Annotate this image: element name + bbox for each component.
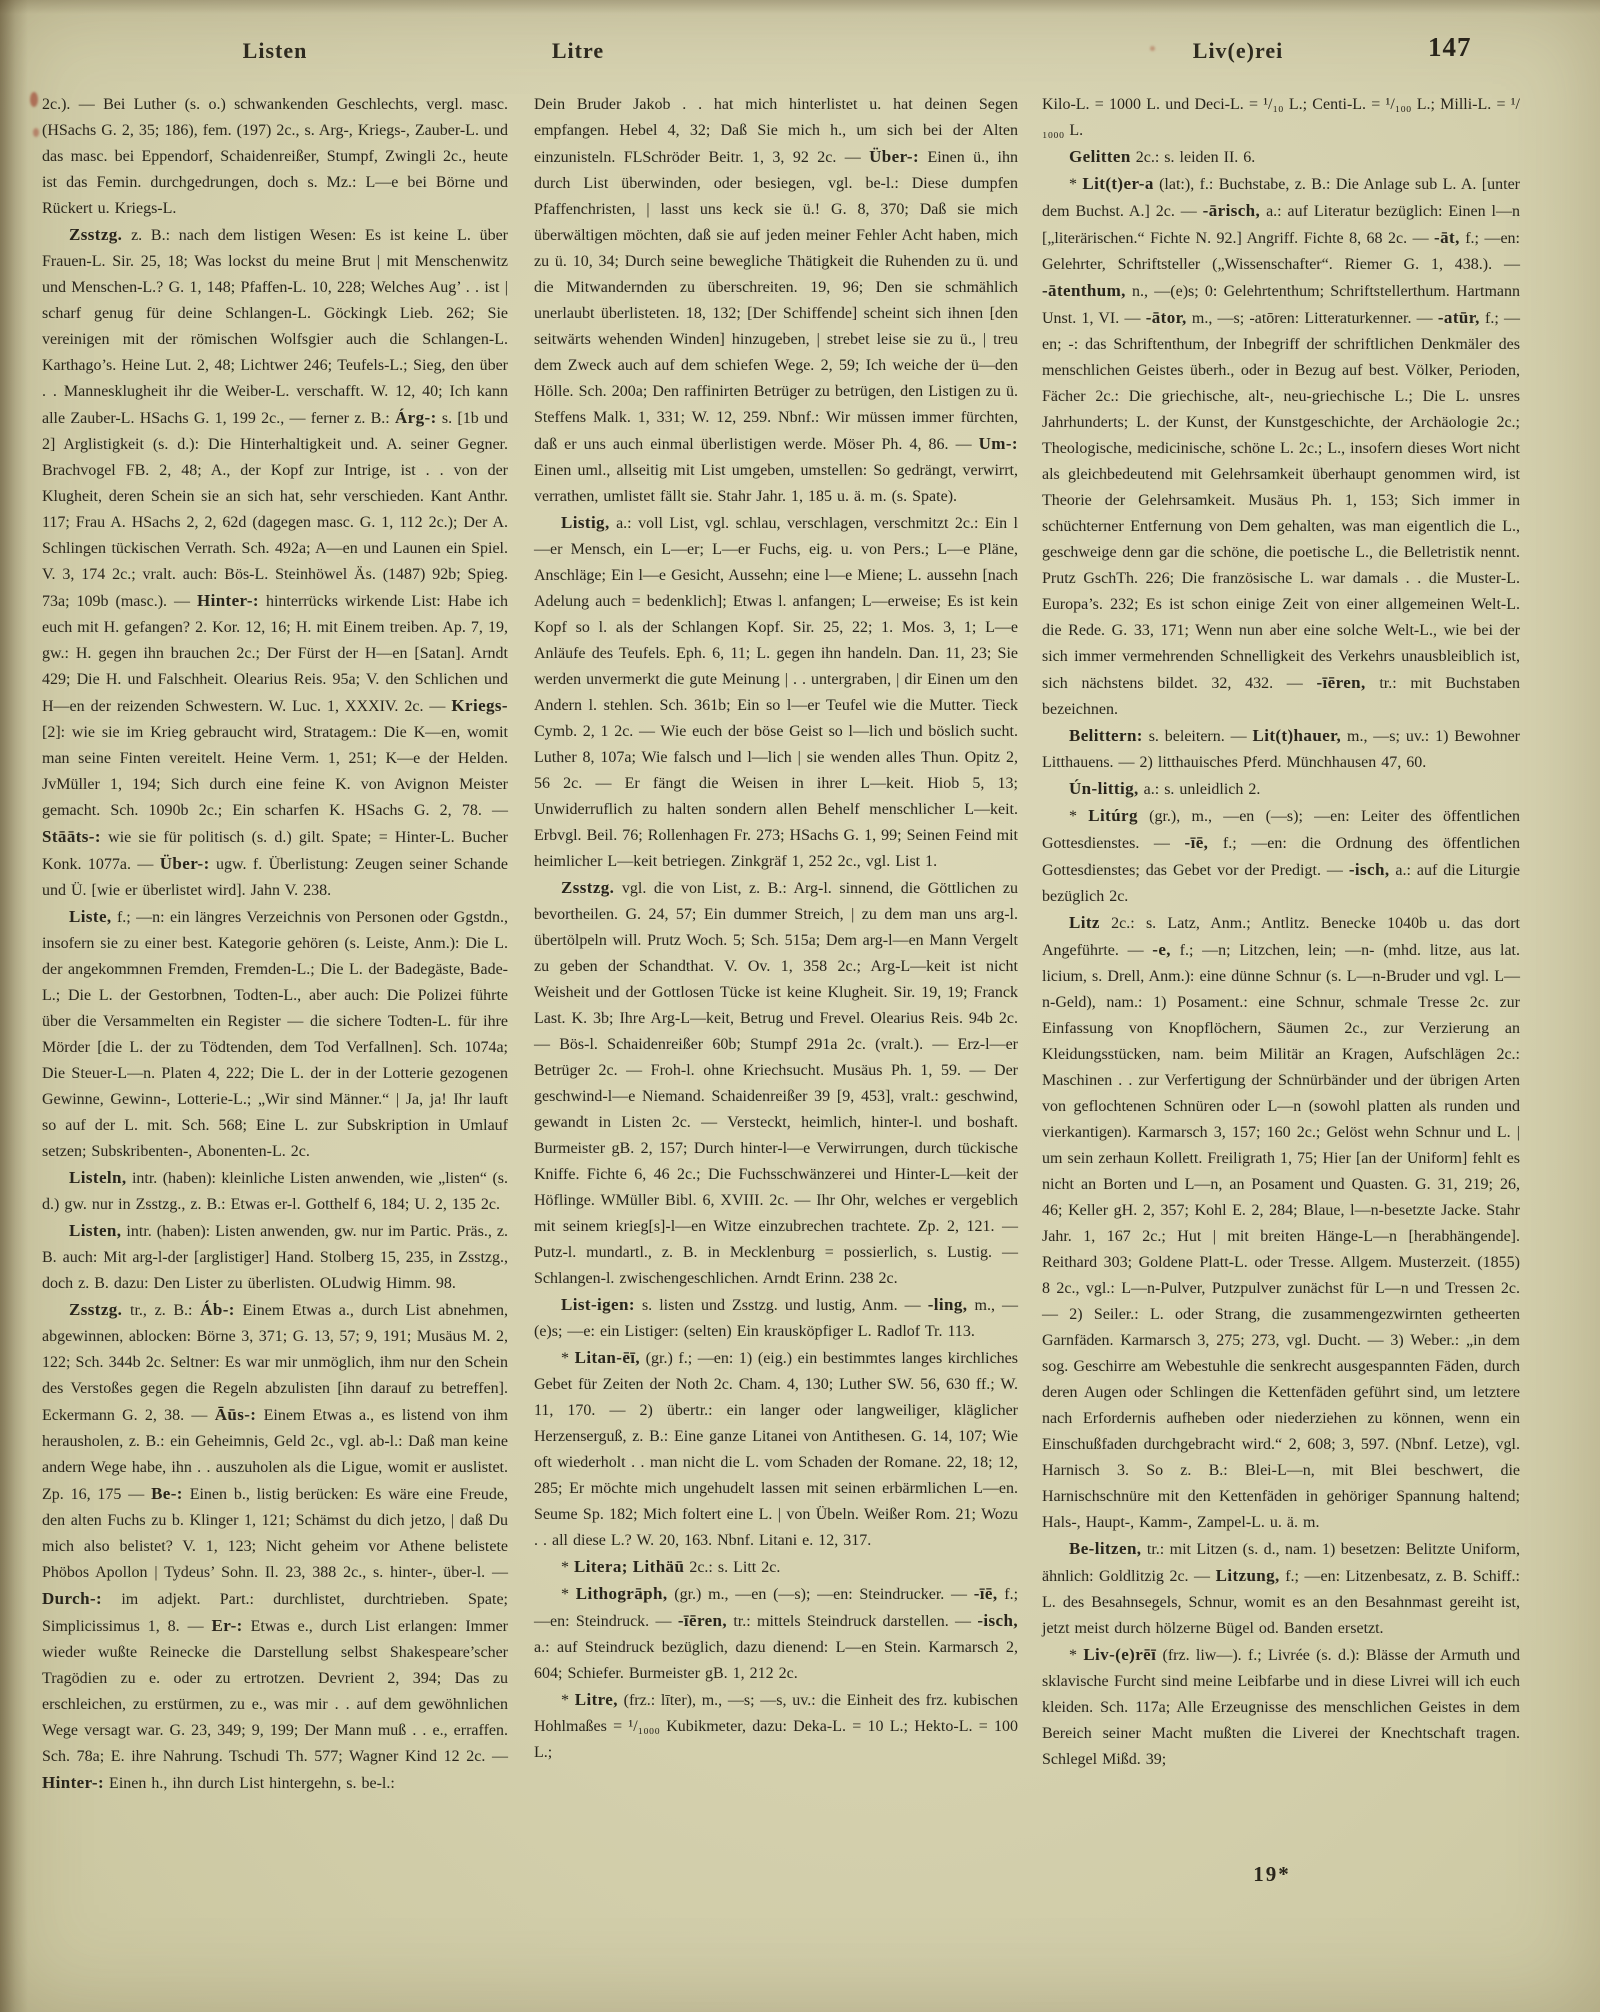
entry-paragraph: Litz 2c.: s. Latz, Anm.; Antlitz. Beneck… bbox=[1042, 910, 1520, 1536]
headword: Hinter-: bbox=[42, 1773, 104, 1792]
headword: Áb-: bbox=[200, 1300, 235, 1319]
entry-paragraph: Be-litzen, tr.: mit Litzen (s. d., nam. … bbox=[1042, 1536, 1520, 1642]
headword: -īē, bbox=[1185, 833, 1209, 852]
headword: Belittern: bbox=[1069, 726, 1143, 745]
headword: Zsstzg. bbox=[69, 225, 122, 244]
headword: Stāāts-: bbox=[42, 827, 101, 846]
headword: -īēren, bbox=[1316, 673, 1365, 692]
headword: Um-: bbox=[979, 434, 1018, 453]
entry-paragraph: Liste, f.; —n: ein längres Verzeichnis v… bbox=[42, 904, 508, 1165]
headword: Kriegs- bbox=[451, 696, 508, 715]
entry-paragraph: * Liv-(e)rēī (frz. liw—). f.; Livrée (s.… bbox=[1042, 1642, 1520, 1773]
headword: Liste, bbox=[69, 907, 112, 926]
paper-stain bbox=[30, 92, 38, 107]
headword: Über-: bbox=[869, 147, 919, 166]
headword: -ling, bbox=[928, 1295, 968, 1314]
running-head-left: Listen bbox=[243, 38, 308, 64]
entry-paragraph: Listen, intr. (haben): Listen anwenden, … bbox=[42, 1218, 508, 1297]
running-head-center: Litre bbox=[552, 38, 604, 64]
entry-paragraph: * Litera; Lithäū 2c.: s. Litt 2c. bbox=[534, 1554, 1018, 1581]
page-number: 147 bbox=[1428, 32, 1472, 63]
entry-paragraph: Listeln, intr. (haben): kleinliche Liste… bbox=[42, 1165, 508, 1218]
entry-paragraph: * Lit(t)er-a (lat:), f.: Buchstabe, z. B… bbox=[1042, 171, 1520, 723]
entry-paragraph: Dein Bruder Jakob . . hat mich hinterlis… bbox=[534, 92, 1018, 510]
headword: Āūs-: bbox=[215, 1405, 257, 1424]
headword: Be-litzen, bbox=[1069, 1539, 1141, 1558]
entry-paragraph: Gelitten 2c.: s. leiden II. 6. bbox=[1042, 144, 1520, 171]
headword: Liv-(e)rēī bbox=[1083, 1645, 1156, 1664]
entry-paragraph: Ún-littig, a.: s. unleidlich 2. bbox=[1042, 776, 1520, 803]
headword: Lithäū bbox=[633, 1557, 685, 1576]
headword: Lit(t)er-a bbox=[1082, 174, 1153, 193]
headword: Durch-: bbox=[42, 1589, 102, 1608]
headword: Be-: bbox=[151, 1484, 183, 1503]
headword: Litera; bbox=[574, 1557, 628, 1576]
entry-paragraph: Zsstzg. vgl. die von List, z. B.: Arg-l.… bbox=[534, 875, 1018, 1292]
headword: Zsstzg. bbox=[561, 878, 614, 897]
entry-paragraph: Kilo-L. = 1000 L. und Deci-L. = ¹/₁₀ L.;… bbox=[1042, 92, 1520, 144]
running-head-right: Liv(e)rei bbox=[1193, 38, 1283, 64]
headword: -īē, bbox=[974, 1584, 998, 1603]
entry-paragraph: 2c.). — Bei Luther (s. o.) schwankenden … bbox=[42, 92, 508, 222]
entry-paragraph: List-igen: s. listen und Zsstzg. und lus… bbox=[534, 1292, 1018, 1345]
headword: Listeln, bbox=[69, 1168, 127, 1187]
headword: Litan-ēī, bbox=[575, 1348, 640, 1367]
headword: Er-: bbox=[212, 1616, 243, 1635]
headword: -ātenthum, bbox=[1042, 281, 1126, 300]
headword: Litz bbox=[1069, 913, 1100, 932]
headword: Zsstzg. bbox=[69, 1300, 122, 1319]
headword: -ārisch, bbox=[1203, 201, 1261, 220]
headword: -atūr, bbox=[1438, 308, 1480, 327]
dictionary-column-1: 2c.). — Bei Luther (s. o.) schwankenden … bbox=[42, 92, 508, 1797]
headword: Litúrg bbox=[1088, 806, 1138, 825]
headword: -āt, bbox=[1434, 228, 1460, 247]
headword: Lithogrāph, bbox=[576, 1584, 668, 1603]
entry-paragraph: * Litre, (frz.: līter), m., —s; —s, uv.:… bbox=[534, 1687, 1018, 1766]
entry-paragraph: Zsstzg. z. B.: nach dem listigen Wesen: … bbox=[42, 222, 508, 904]
dictionary-column-3: Kilo-L. = 1000 L. und Deci-L. = ¹/₁₀ L.;… bbox=[1042, 92, 1520, 1773]
entry-paragraph: Listig, a.: voll List, vgl. schlau, vers… bbox=[534, 510, 1018, 875]
entry-paragraph: Zsstzg. tr., z. B.: Áb-: Einem Etwas a.,… bbox=[42, 1297, 508, 1797]
signature-mark: 19* bbox=[1253, 1862, 1291, 1887]
headword: Gelitten bbox=[1069, 147, 1131, 166]
headword: -e, bbox=[1152, 940, 1171, 959]
headword: Litre, bbox=[575, 1690, 618, 1709]
entry-paragraph: * Litan-ēī, (gr.) f.; —en: 1) (eig.) ein… bbox=[534, 1345, 1018, 1554]
headword: -isch, bbox=[1349, 860, 1390, 879]
dictionary-page: Listen Litre Liv(e)rei 147 2c.). — Bei L… bbox=[0, 0, 1600, 2012]
entry-paragraph: * Litúrg (gr.), m., —en (—s); —en: Leite… bbox=[1042, 803, 1520, 910]
headword: Hinter-: bbox=[197, 591, 259, 610]
paper-stain bbox=[33, 128, 39, 137]
headword: -ātor, bbox=[1146, 308, 1187, 327]
headword: Listen, bbox=[69, 1221, 121, 1240]
headword: Litzung, bbox=[1216, 1566, 1280, 1585]
paper-stain bbox=[1150, 46, 1155, 51]
headword: Árg-: bbox=[395, 408, 437, 427]
dictionary-column-2: Dein Bruder Jakob . . hat mich hinterlis… bbox=[534, 92, 1018, 1766]
headword: -īēren, bbox=[678, 1611, 727, 1630]
entry-paragraph: * Lithogrāph, (gr.) m., —en (—s); —en: S… bbox=[534, 1581, 1018, 1687]
headword: List-igen: bbox=[561, 1295, 635, 1314]
headword: Listig, bbox=[561, 513, 610, 532]
headword: Über-: bbox=[160, 854, 210, 873]
headword: Ún-littig, bbox=[1069, 779, 1139, 798]
headword: Lit(t)hauer, bbox=[1252, 726, 1341, 745]
entry-paragraph: Belittern: s. beleitern. — Lit(t)hauer, … bbox=[1042, 723, 1520, 776]
headword: -isch, bbox=[977, 1611, 1018, 1630]
